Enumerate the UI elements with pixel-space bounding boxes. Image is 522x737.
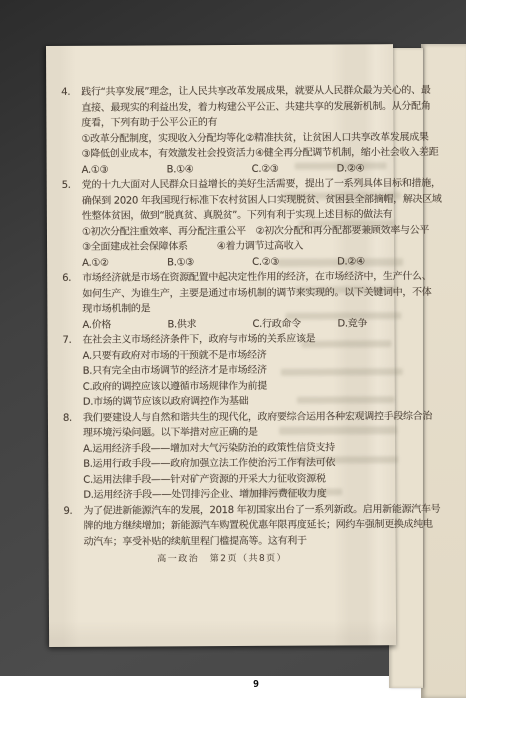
question-line: 直接、最现实的利益出发，着力构建公平公正、共建共享的发展新机制。从分配角 bbox=[81, 99, 385, 116]
question-line: 确保到 2020 年我国现行标准下农村贫困人口实现脱贫、贫困县全部摘帽，解决区域 bbox=[82, 192, 386, 209]
question-7: 7. 在社会主义市场经济条件下，政府与市场的关系应该是 A.只要有政府对市场的干… bbox=[60, 331, 387, 410]
question-line: 市场经济就是市场在资源配置中起决定性作用的经济，在市场经济中，生产什么、 bbox=[82, 269, 386, 286]
choice-a: A.①③ bbox=[82, 162, 167, 178]
question-line: ①改革分配制度，实现收入分配均等化②精准扶贫，让贫困人口共享改革发展成果 bbox=[81, 130, 385, 147]
question-line: 现市场机制的是 bbox=[82, 300, 386, 317]
question-line: 性整体贫困，做到“脱真贫、真脱贫”。下列有利于实现上述目标的做法有 bbox=[82, 207, 386, 224]
question-line: 动汽车；享受补贴的续航里程门槛提高等。这有利于 bbox=[84, 533, 388, 550]
choice-d: D.竞争 bbox=[337, 316, 367, 332]
question-line: C.运用法律手段——针对矿产资源的开采大力征收资源税 bbox=[83, 471, 387, 488]
question-line: B.运用行政手段——政府加强立法工作使治污工作有法可依 bbox=[83, 455, 387, 472]
question-line: 为了促进新能源汽车的发展，2018 年初国家出台了一系列新政。启用新能源汽车号 bbox=[83, 502, 387, 519]
choices-row: A.①③ B.①④ C.②③ D.②④ bbox=[82, 161, 386, 178]
choice-c: C.行政命令 bbox=[252, 316, 337, 332]
question-6: 6. 市场经济就是市场在资源配置中起决定性作用的经济，在市场经济中，生产什么、 … bbox=[59, 269, 386, 333]
question-5: 5. 党的十九大面对人民群众日益增长的美好生活需要，提出了一系列具体目标和措施，… bbox=[59, 176, 386, 271]
choices-row: A.①② B.①③ C.②③ D.②④ bbox=[82, 254, 386, 271]
question-number: 6. bbox=[62, 271, 71, 287]
question-line: 牌的地方继续增加；新能源汽车购置税优惠年限再度延长；网约车强制更换成纯电 bbox=[83, 517, 387, 534]
exam-content: 4. 践行“共享发展”理念，让人民共享改革发展成果，就要从人民群众最为关心的、最… bbox=[46, 83, 395, 550]
page-footer: 高一政治 第2页（共8页） bbox=[49, 550, 396, 565]
question-line: A.只要有政府对市场的干预就不是市场经济 bbox=[83, 347, 387, 364]
question-8: 8. 我们要建设人与自然和谐共生的现代化，政府要综合运用各种宏观调控手段综合治 … bbox=[60, 409, 387, 504]
question-number: 4. bbox=[61, 85, 70, 101]
question-line: ③降低创业成本，有效激发社会投资活力④健全再分配调节机制，缩小社会收入差距 bbox=[82, 145, 386, 162]
question-line: 度看，下列有助于公平公正的有 bbox=[81, 114, 385, 131]
choice-d: D.②④ bbox=[337, 254, 365, 270]
question-9: 9. 为了促进新能源汽车的发展，2018 年初国家出台了一系列新政。启用新能源汽… bbox=[60, 502, 387, 550]
exam-page: 4. 践行“共享发展”理念，让人民共享改革发展成果，就要从人民群众最为关心的、最… bbox=[46, 44, 396, 647]
choice-b: B.①④ bbox=[167, 161, 252, 177]
question-line: ③全面建成社会保障体系 ④着力调节过高收入 bbox=[82, 238, 386, 255]
question-line: A.运用经济手段——增加对大气污染防治的政策性信贷支持 bbox=[83, 440, 387, 457]
question-line: D.运用经济手段——处罚排污企业、增加排污费征收力度 bbox=[83, 486, 387, 503]
choice-a: A.价格 bbox=[82, 317, 167, 333]
question-line: 如何生产、为谁生产，主要是通过市场机制的调节来实现的。以下关键词中，不体 bbox=[82, 285, 386, 302]
question-number: 5. bbox=[62, 178, 71, 194]
question-line: 理环境污染问题。以下举措对应正确的是 bbox=[83, 424, 387, 441]
question-line: C.政府的调控应该以遵循市场规律作为前提 bbox=[83, 378, 387, 395]
question-number: 7. bbox=[63, 333, 72, 349]
choice-b: B.供求 bbox=[167, 316, 252, 332]
question-line: B.只有完全由市场调节的经济才是市场经济 bbox=[83, 362, 387, 379]
page-number-mark: 9 bbox=[253, 679, 259, 690]
question-number: 9. bbox=[63, 503, 72, 519]
choice-b: B.①③ bbox=[167, 254, 252, 270]
question-4: 4. 践行“共享发展”理念，让人民共享改革发展成果，就要从人民群众最为关心的、最… bbox=[58, 83, 385, 178]
question-number: 8. bbox=[63, 410, 72, 426]
choice-d: D.②④ bbox=[337, 161, 365, 177]
choice-a: A.①② bbox=[82, 255, 167, 271]
question-line: 我们要建设人与自然和谐共生的现代化，政府要综合运用各种宏观调控手段综合治 bbox=[83, 409, 387, 426]
choice-c: C.②③ bbox=[252, 161, 337, 177]
choice-c: C.②③ bbox=[252, 254, 337, 270]
question-line: 党的十九大面对人民群众日益增长的美好生活需要，提出了一系列具体目标和措施， bbox=[82, 176, 386, 193]
question-line: D.市场的调节应该以政府调控作为基础 bbox=[83, 393, 387, 410]
question-line: ①初次分配注重效率、再分配注重公平 ②初次分配和再分配都要兼顾效率与公平 bbox=[82, 223, 386, 240]
question-line: 践行“共享发展”理念，让人民共享改革发展成果，就要从人民群众最为关心的、最 bbox=[81, 83, 385, 100]
choices-row: A.价格 B.供求 C.行政命令 D.竞争 bbox=[82, 316, 386, 333]
question-line: 在社会主义市场经济条件下，政府与市场的关系应该是 bbox=[83, 331, 387, 348]
